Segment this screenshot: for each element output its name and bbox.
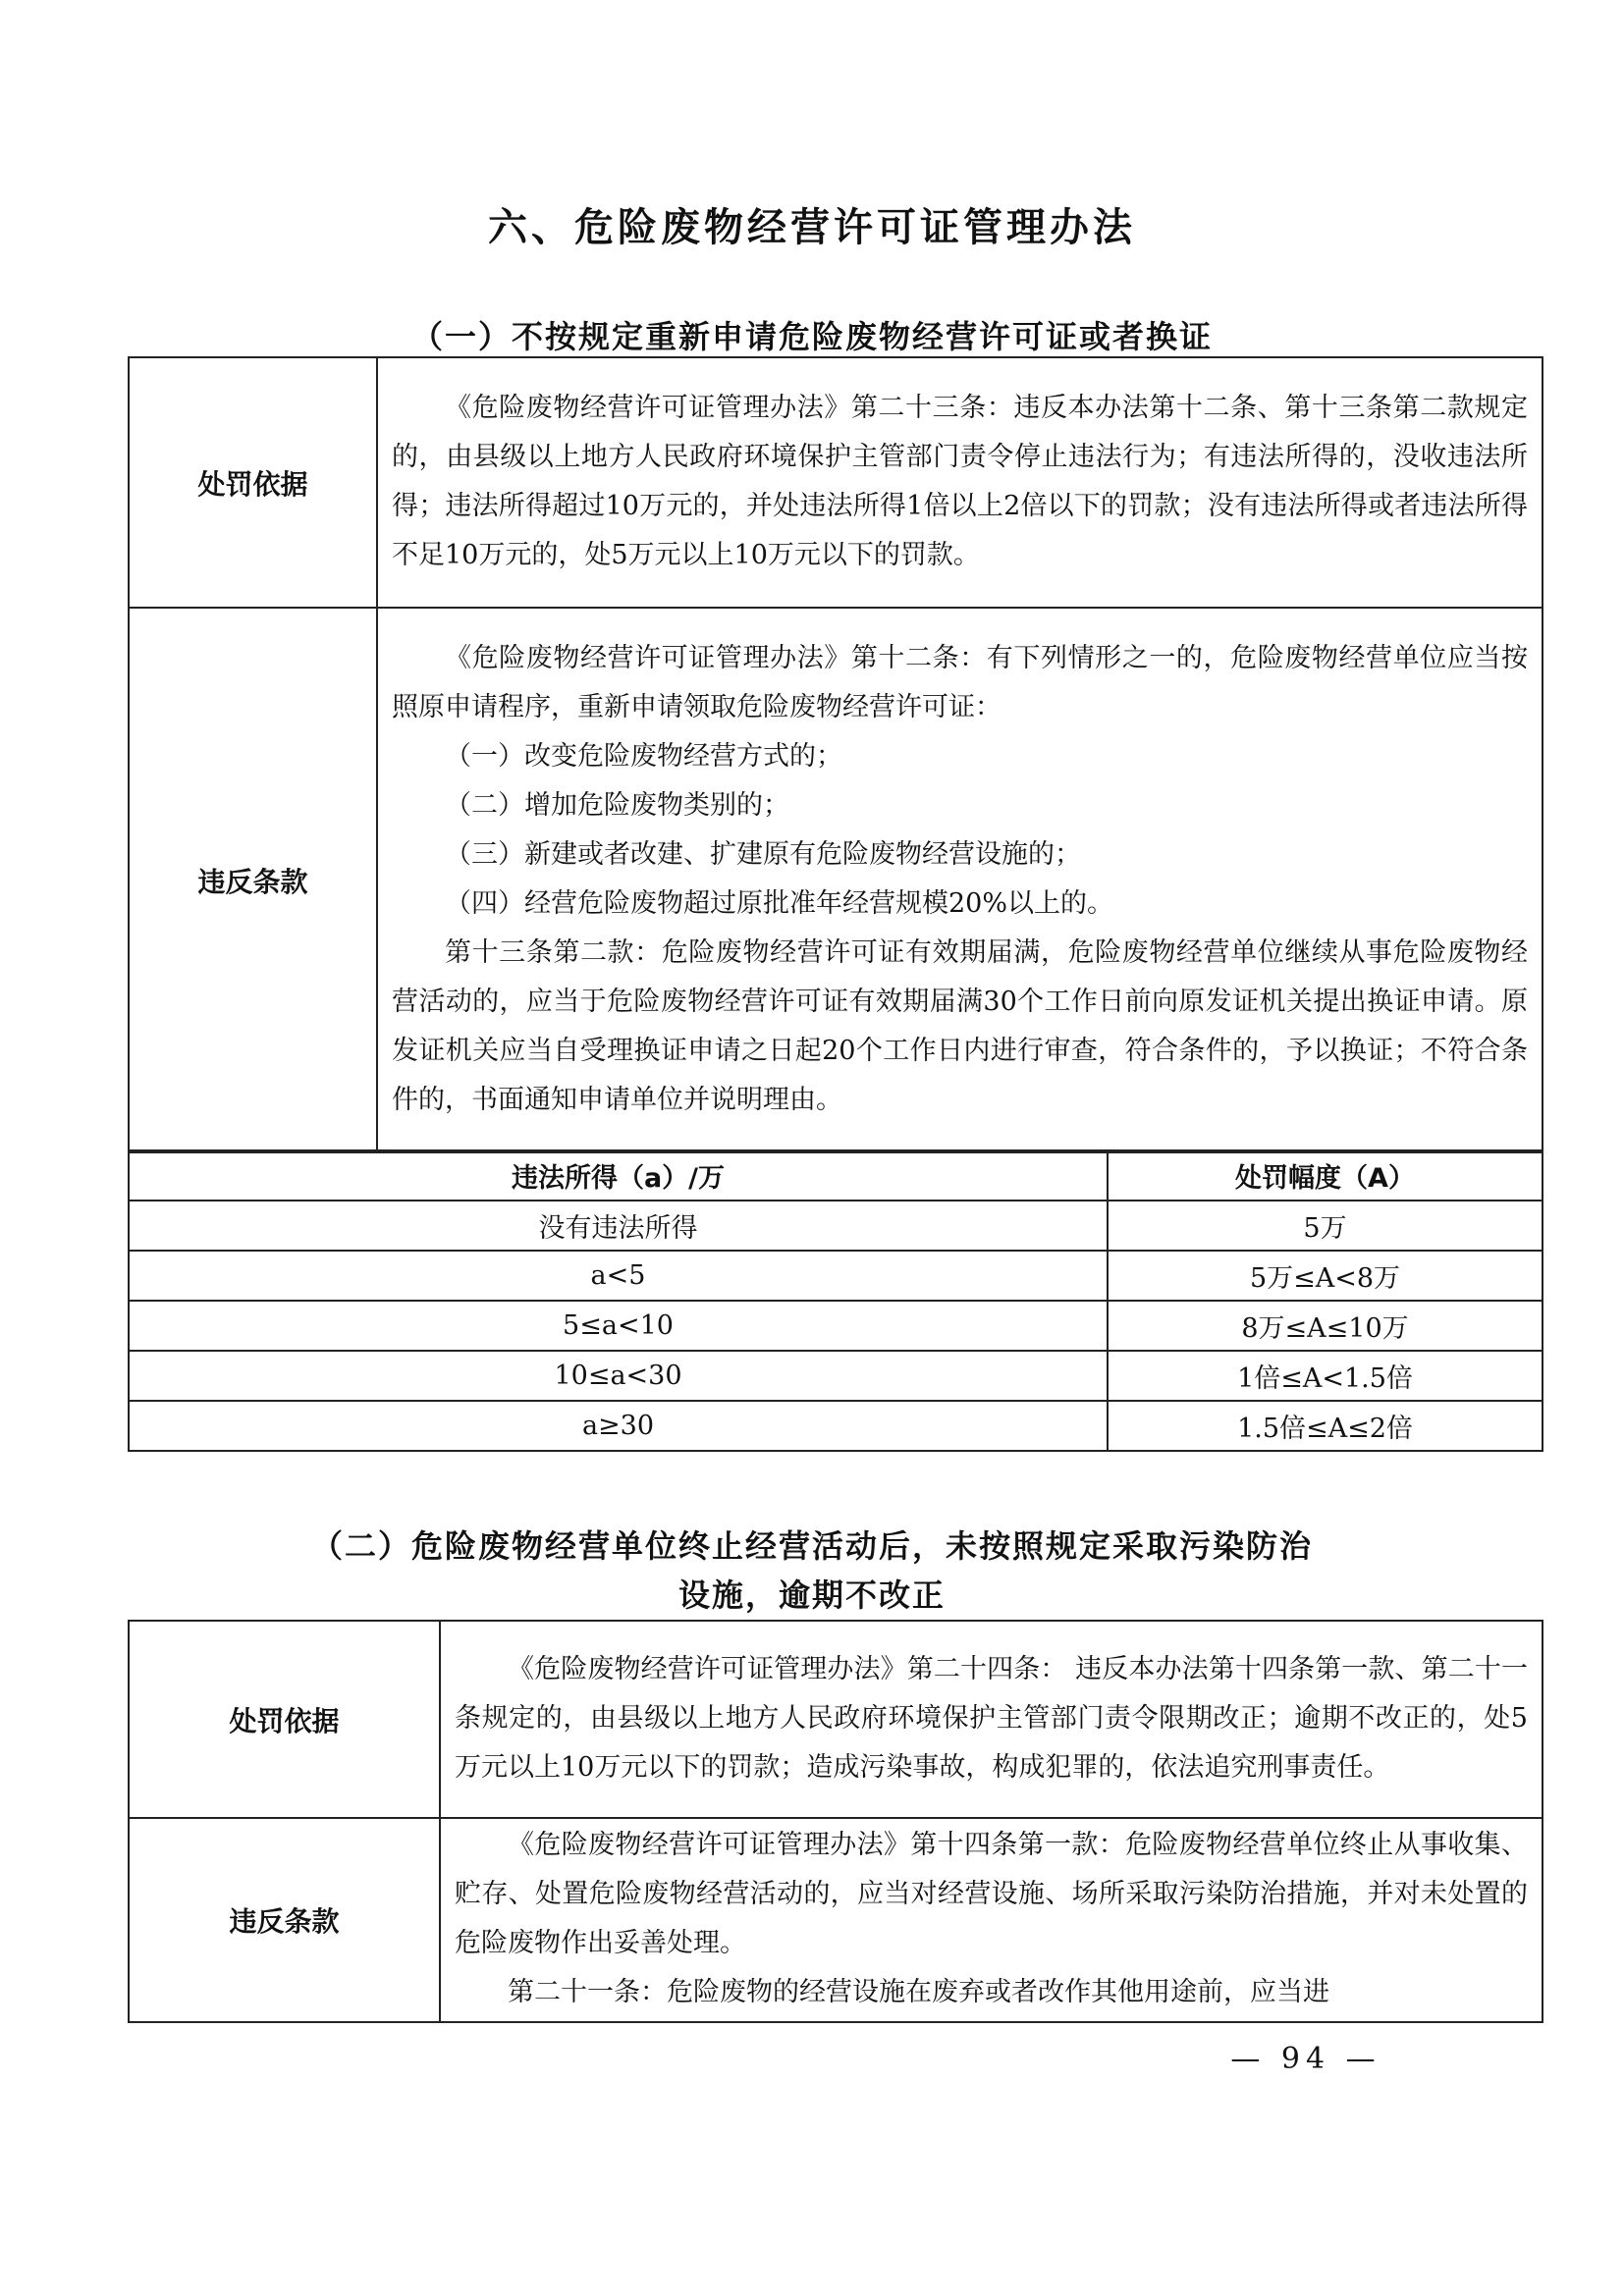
- penalty-cell: 8万≤A≤10万: [1108, 1301, 1543, 1351]
- page-title: 六、危险废物经营许可证管理办法: [0, 196, 1624, 252]
- section-2-table: 处罚依据 《危险废物经营许可证管理办法》第二十四条： 违反本办法第十四条第一款、…: [128, 1620, 1543, 2023]
- violation-label: 违反条款: [129, 1818, 440, 2022]
- income-cell: 没有违法所得: [129, 1201, 1108, 1251]
- violation-label: 违反条款: [129, 608, 377, 1152]
- violation-item: （三）新建或者改建、扩建原有危险废物经营设施的；: [392, 830, 1528, 880]
- section-1-heading: （一）不按规定重新申请危险废物经营许可证或者换证: [0, 312, 1624, 361]
- violation-extra: 第十三条第二款：危险废物经营许可证有效期届满，危险废物经营单位继续从事危险废物经…: [392, 929, 1528, 1125]
- income-cell: a<5: [129, 1251, 1108, 1301]
- basis-text: 《危险废物经营许可证管理办法》第二十四条： 违反本办法第十四条第一款、第二十一条…: [455, 1645, 1528, 1792]
- violation-content: 《危险废物经营许可证管理办法》第十四条第一款：危险废物经营单位终止从事收集、贮存…: [440, 1818, 1543, 2022]
- violation-item: （一）改变危险废物经营方式的；: [392, 732, 1528, 781]
- violation-content: 《危险废物经营许可证管理办法》第十二条：有下列情形之一的，危险废物经营单位应当按…: [377, 608, 1543, 1152]
- penalty-cell: 5万≤A<8万: [1108, 1251, 1543, 1301]
- basis-text: 《危险废物经营许可证管理办法》第二十三条：违反本办法第十二条、第十三条第二款规定…: [392, 384, 1528, 580]
- penalty-range-table: 违法所得（a）/万 处罚幅度（A） 没有违法所得 5万 a<5 5万≤A<8万 …: [128, 1149, 1543, 1452]
- basis-content: 《危险废物经营许可证管理办法》第二十四条： 违反本办法第十四条第一款、第二十一条…: [440, 1621, 1543, 1818]
- basis-label: 处罚依据: [129, 1621, 440, 1818]
- header-illegal-income: 违法所得（a）/万: [129, 1150, 1108, 1201]
- violation-item: （二）增加危险废物类别的；: [392, 781, 1528, 830]
- basis-content: 《危险废物经营许可证管理办法》第二十三条：违反本办法第十二条、第十三条第二款规定…: [377, 357, 1543, 608]
- income-cell: 10≤a<30: [129, 1351, 1108, 1401]
- section-1-table: 处罚依据 《危险废物经营许可证管理办法》第二十三条：违反本办法第十二条、第十三条…: [128, 356, 1543, 1153]
- income-cell: 5≤a<10: [129, 1301, 1108, 1351]
- table-row: 没有违法所得 5万: [129, 1201, 1543, 1251]
- violation-item: （四）经营危险废物超过原批准年经营规模20%以上的。: [392, 880, 1528, 929]
- table-row: 5≤a<10 8万≤A≤10万: [129, 1301, 1543, 1351]
- violation-text-continued: 第二十一条：危险废物的经营设施在废弃或者改作其他用途前，应当进: [455, 1968, 1528, 2017]
- income-cell: a≥30: [129, 1401, 1108, 1451]
- violation-intro: 《危险废物经营许可证管理办法》第十二条：有下列情形之一的，危险废物经营单位应当按…: [392, 634, 1528, 732]
- page-number: — 94 —: [1129, 2042, 1483, 2076]
- penalty-cell: 5万: [1108, 1201, 1543, 1251]
- basis-label: 处罚依据: [129, 357, 377, 608]
- section-2-heading-line2: 设施，逾期不改正: [0, 1571, 1624, 1620]
- table-row: a≥30 1.5倍≤A≤2倍: [129, 1401, 1543, 1451]
- penalty-cell: 1.5倍≤A≤2倍: [1108, 1401, 1543, 1451]
- penalty-cell: 1倍≤A<1.5倍: [1108, 1351, 1543, 1401]
- header-penalty-range: 处罚幅度（A）: [1108, 1150, 1543, 1201]
- section-2-heading-line1: （二）危险废物经营单位终止经营活动后，未按照规定采取污染防治: [0, 1522, 1624, 1571]
- table-header-row: 违法所得（a）/万 处罚幅度（A）: [129, 1150, 1543, 1201]
- table-row: 10≤a<30 1倍≤A<1.5倍: [129, 1351, 1543, 1401]
- violation-text: 《危险废物经营许可证管理办法》第十四条第一款：危险废物经营单位终止从事收集、贮存…: [455, 1821, 1528, 1968]
- table-row: a<5 5万≤A<8万: [129, 1251, 1543, 1301]
